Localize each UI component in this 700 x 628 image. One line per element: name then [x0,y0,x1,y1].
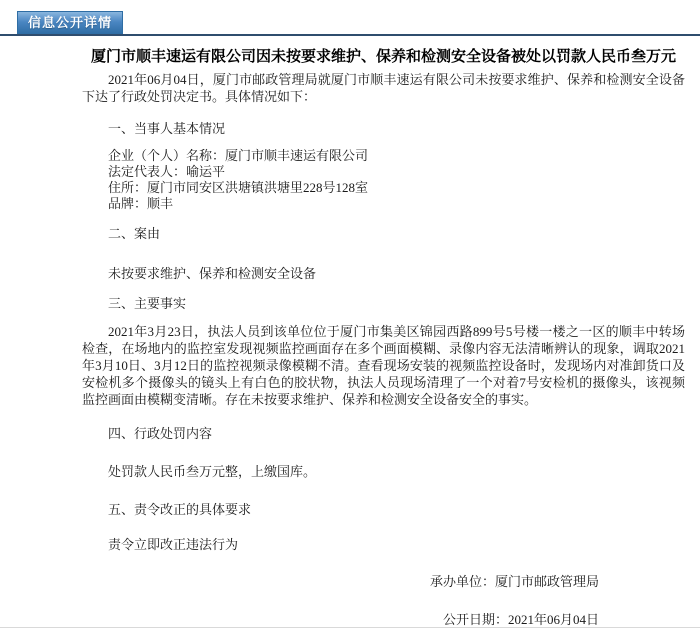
address-line: 住所：厦门市同安区洪塘镇洪塘里228号128室 [82,180,685,196]
info-disclosure-page: { "colors": { "tab_gradient_top": "#8ab6… [0,0,700,628]
facts-paragraph: 2021年3月23日，执法人员到该单位位于厦门市集美区锦园西路899号5号楼一楼… [82,323,685,408]
intro-paragraph: 2021年06月04日，厦门市邮政管理局就厦门市顺丰速运有限公司未按要求维护、保… [82,71,685,105]
document-title: 厦门市顺丰速运有限公司因未按要求维护、保养和检测安全设备被处以罚款人民币叁万元 [82,48,685,66]
document-body: 厦门市顺丰速运有限公司因未按要求维护、保养和检测安全设备被处以罚款人民币叁万元 … [0,48,700,628]
legal-representative-line: 法定代表人：喻运平 [82,164,685,180]
organizer-line: 承办单位：厦门市邮政管理局 [82,573,685,590]
section-2-heading: 二、案由 [82,225,685,242]
section-5-heading: 五、责令改正的具体要求 [82,501,685,518]
page-header: 信息公开详情 [0,0,700,36]
brand-line: 品牌：顺丰 [82,196,685,212]
publish-date-line: 公开日期：2021年06月04日 [82,611,685,628]
section-1-heading: 一、当事人基本情况 [82,120,685,137]
section-4-heading: 四、行政处罚内容 [82,425,685,442]
tab-info-disclosure-detail[interactable]: 信息公开详情 [17,11,123,34]
section-3-heading: 三、主要事实 [82,295,685,312]
penalty-paragraph: 处罚款人民币叁万元整，上缴国库。 [82,463,685,480]
correction-paragraph: 责令立即改正违法行为 [82,536,685,553]
party-info-block: 企业（个人）名称：厦门市顺丰速运有限公司 法定代表人：喻运平 住所：厦门市同安区… [82,148,685,212]
cause-paragraph: 未按要求维护、保养和检测安全设备 [82,265,685,282]
party-name-line: 企业（个人）名称：厦门市顺丰速运有限公司 [82,148,685,164]
